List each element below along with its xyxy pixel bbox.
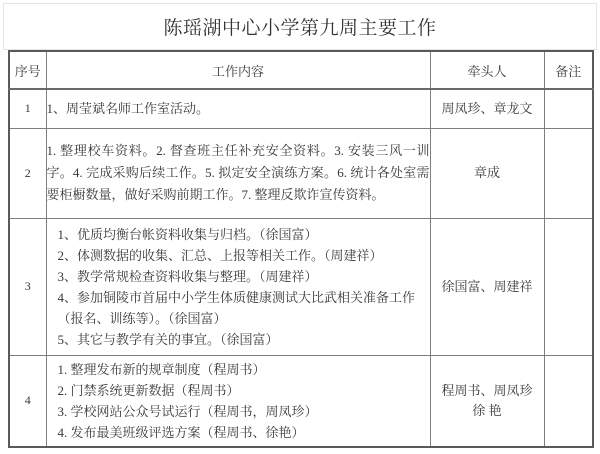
row-number: 2 <box>9 128 46 218</box>
table-row: 1 1、周莹斌名师工作室活动。 周凤珍、章龙文 <box>9 89 593 128</box>
note-cell <box>544 218 593 355</box>
note-cell <box>544 89 593 128</box>
table-row: 4 1. 整理发布新的规章制度（程周书） 2. 门禁系统更新数据（程周书） 3.… <box>9 355 593 447</box>
work-content-cell: 1、周莹斌名师工作室活动。 <box>46 89 430 128</box>
work-schedule-table: 序号 工作内容 牵头人 备注 1 1、周莹斌名师工作室活动。 周凤珍、章龙文 2… <box>8 50 594 448</box>
document-title-box: 陈瑶湖中心小学第九周主要工作 <box>3 3 597 50</box>
lead-person-cell: 徐国富、周建祥 <box>430 218 544 355</box>
col-header-serial: 序号 <box>9 51 46 89</box>
work-content-cell: 1、优质均衡台帐资料收集与归档。（徐国富） 2、体测数据的收集、汇总、上报等相关… <box>46 218 430 355</box>
work-content-cell: 1. 整理校车资料。2. 督查班主任补充安全资料。3. 安装三风一训字。4. 完… <box>46 128 430 218</box>
table-row: 2 1. 整理校车资料。2. 督查班主任补充安全资料。3. 安装三风一训字。4.… <box>9 128 593 218</box>
row-number: 1 <box>9 89 46 128</box>
table-row: 3 1、优质均衡台帐资料收集与归档。（徐国富） 2、体测数据的收集、汇总、上报等… <box>9 218 593 355</box>
work-content-cell: 1. 整理发布新的规章制度（程周书） 2. 门禁系统更新数据（程周书） 3. 学… <box>46 355 430 447</box>
table-header-row: 序号 工作内容 牵头人 备注 <box>9 51 593 89</box>
note-cell <box>544 355 593 447</box>
lead-person-cell: 周凤珍、章龙文 <box>430 89 544 128</box>
row-number: 3 <box>9 218 46 355</box>
row-number: 4 <box>9 355 46 447</box>
col-header-lead-person: 牵头人 <box>430 51 544 89</box>
lead-person-cell: 章成 <box>430 128 544 218</box>
col-header-work-content: 工作内容 <box>46 51 430 89</box>
page-title: 陈瑶湖中心小学第九周主要工作 <box>163 13 436 40</box>
note-cell <box>544 128 593 218</box>
lead-person-cell: 程周书、周凤珍 徐 艳 <box>430 355 544 447</box>
col-header-notes: 备注 <box>544 51 593 89</box>
